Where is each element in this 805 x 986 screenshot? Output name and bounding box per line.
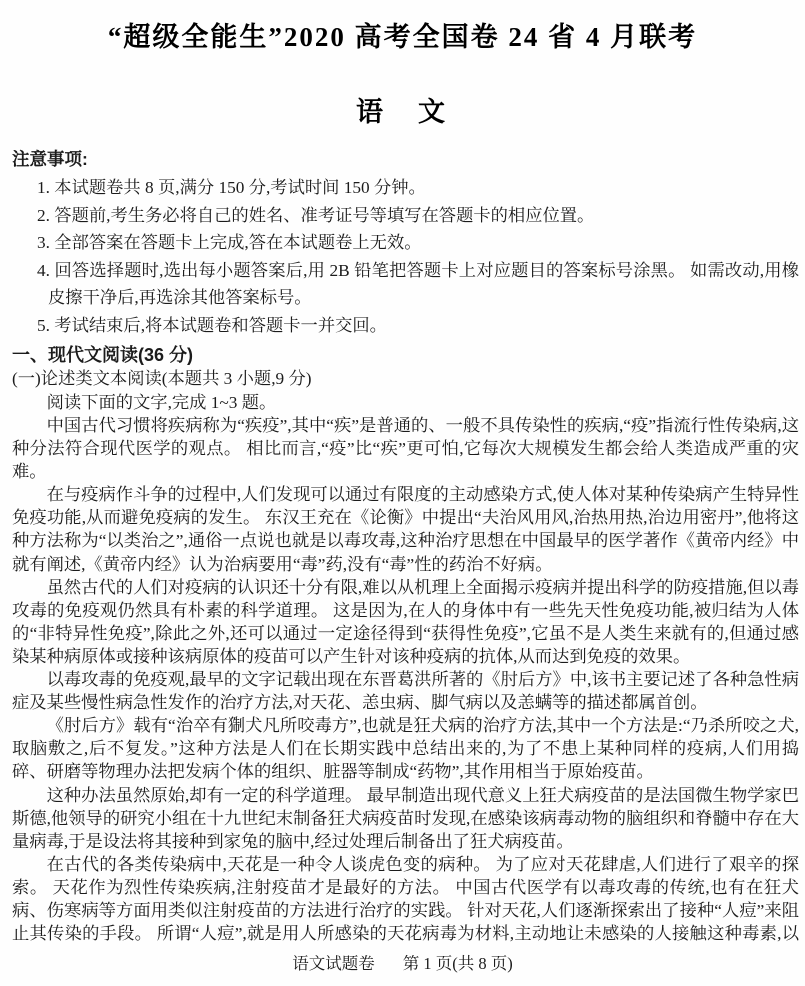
passage-paragraph: 虽然古代的人们对疫病的认识还十分有限,难以从机理上全面揭示疫病并提出科学的防疫措… xyxy=(12,576,799,668)
passage-paragraph: 在与疫病作斗争的过程中,人们发现可以通过有限度的主动感染方式,使人体对某种传染病… xyxy=(12,483,799,575)
exam-title: “超级全能生”2020 高考全国卷 24 省 4 月联考 xyxy=(0,0,805,54)
notice-item: 3. 全部答案在答题卡上完成,答在本试题卷上无效。 xyxy=(0,229,799,257)
footer-page-number: 第 1 页(共 8 页) xyxy=(403,954,513,973)
notice-list: 1. 本试题卷共 8 页,满分 150 分,考试时间 150 分钟。2. 答题前… xyxy=(0,174,799,339)
notice-heading: 注意事项: xyxy=(12,146,805,171)
section-heading-modern-reading: 一、现代文阅读(36 分) xyxy=(12,343,805,367)
exam-subject-title: 语 文 xyxy=(0,90,805,129)
reading-passage: 中国古代习惯将疾病称为“疾疫”,其中“疾”是普通的、一般不具传染性的疾病,“疫”… xyxy=(12,414,799,968)
notice-item: 4. 回答选择题时,选出每小题答案后,用 2B 铅笔把答题卡上对应题目的答案标号… xyxy=(0,257,799,312)
passage-paragraph: 以毒攻毒的免疫观,最早的文字记载出现在东晋葛洪所著的《肘后方》中,该书主要记述了… xyxy=(12,668,799,714)
notice-item: 2. 答题前,考生务必将自己的姓名、准考证号等填写在答题卡的相应位置。 xyxy=(0,202,799,230)
page-footer: 语文试题卷第 1 页(共 8 页) xyxy=(0,946,805,974)
notice-item: 5. 考试结束后,将本试题卷和答题卡一并交回。 xyxy=(0,312,799,340)
passage-paragraph: 《肘后方》载有“治卒有猘犬凡所咬毒方”,也就是狂犬病的治疗方法,其中一个方法是:… xyxy=(12,714,799,783)
passage-paragraph: 中国古代习惯将疾病称为“疾疫”,其中“疾”是普通的、一般不具传染性的疾病,“疫”… xyxy=(12,414,799,483)
passage-paragraph: 这种办法虽然原始,却有一定的科学道理。 最早制造出现代意义上狂犬病疫苗的是法国微… xyxy=(12,784,799,853)
exam-paper-page: “超级全能生”2020 高考全国卷 24 省 4 月联考 语 文 注意事项: 1… xyxy=(0,0,805,986)
notice-item: 1. 本试题卷共 8 页,满分 150 分,考试时间 150 分钟。 xyxy=(0,174,799,202)
reading-instruction: 阅读下面的文字,完成 1~3 题。 xyxy=(12,391,805,415)
subsection-heading-argumentative-text: (一)论述类文本阅读(本题共 3 小题,9 分) xyxy=(12,367,805,391)
footer-paper-label: 语文试题卷 xyxy=(292,954,375,973)
